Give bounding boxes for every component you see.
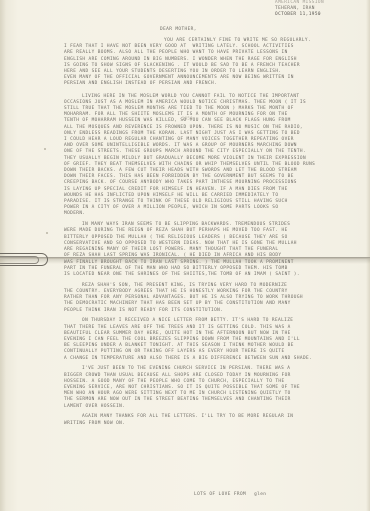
text-line: A CHANGE IN TEMPERATURE AND ALSO THERE I… [64,356,364,362]
page-right-edge-shadow [366,0,370,511]
letter-page: AMERICAN MISSION TEHERAN, IRAN OCTOBER 1… [0,0,370,511]
paperclip-icon [0,253,48,266]
paragraph-1: YOU ARE CERTAINLY FINE TO WRITE ME SO RE… [64,38,364,88]
letter-header: AMERICAN MISSION TEHERAN, IRAN OCTOBER 1… [275,0,324,19]
text-line: WRITING FROM NOW ON. [64,421,364,427]
closing-text: LOTS OF LOVE FROM [194,492,246,497]
margin-mark [46,232,48,234]
text-line: PEOPLE THINK IRAN IS NOT READY FOR ITS C… [64,308,364,314]
paragraph-5: ON THURSDAY I RECEIVED A NICE LETTER FRO… [64,318,364,361]
paragraph-7: AGAIN MANY THANKS FOR ALL THE LETTERS. I… [64,414,364,426]
paragraph-3: IN MANY WAYS IRAN SEEMS TO BE SLIPPING B… [64,222,364,278]
margin-mark [44,148,46,150]
signature: glen [254,492,266,497]
salutation: DEAR MOTHER, [160,27,197,33]
text-line: IS LOCATED NEAR ONE THE SHRINES OF THE S… [64,272,364,278]
text-line: MODERN. [64,211,364,217]
paragraph-6: I'VE JUST BEEN TO THE EVENING CHURCH SER… [64,366,364,409]
paragraph-4: REZA SHAH'S SON, THE PRESENT KING, IS TR… [64,283,364,314]
letter-closing: LOTS OF LOVE FROM glen [194,482,266,500]
text-line: PERSIAN AND ENGLISH INSTEAD OF PERSIAN A… [64,81,364,87]
text-line: LAMENT OVER HOSSEIN. [64,404,364,410]
letter-body: YOU ARE CERTAINLY FINE TO WRITE ME SO RE… [64,38,364,431]
paragraph-2: LIVING HERE IN THE MOSLEM WORLD YOU CANN… [64,94,364,218]
header-date: OCTOBER 11,1950 [275,12,324,18]
